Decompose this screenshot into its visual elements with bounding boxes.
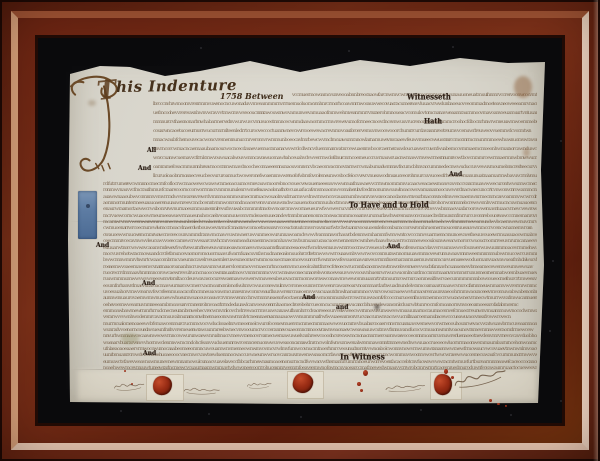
parchment-foot-band	[78, 370, 537, 400]
framed-indenture-photo: T his Indenture 1758 Between vccm uermow…	[0, 0, 600, 461]
frame-edge-highlight	[593, 0, 598, 461]
parchment-document	[68, 44, 546, 406]
